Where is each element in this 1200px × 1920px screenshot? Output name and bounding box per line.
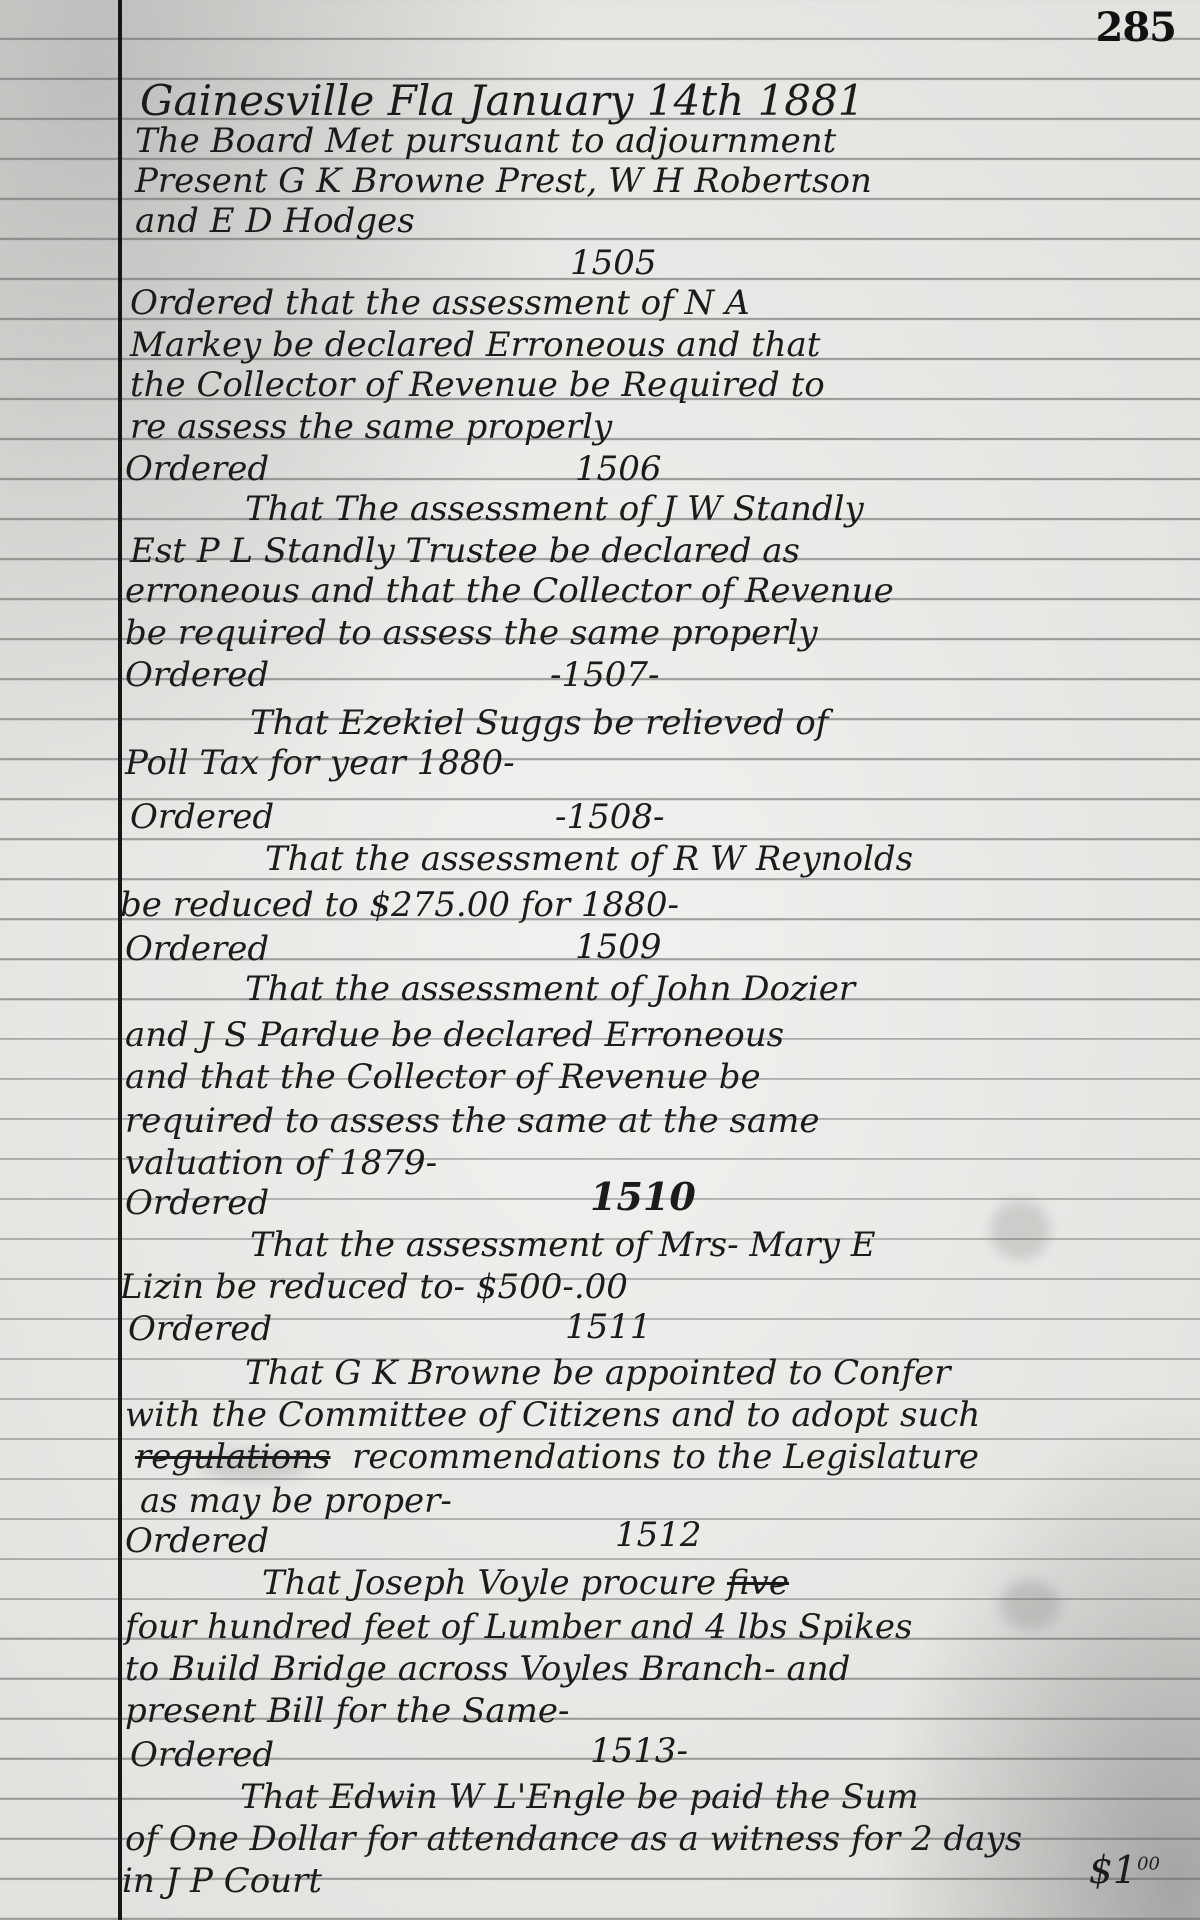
header-present-line: Present G K Browne Prest, W H Robertson (135, 164, 872, 198)
entry-line: That G K Browne be appointed to Confer (245, 1356, 951, 1390)
header-members-line: and E D Hodges (135, 204, 415, 238)
entry-number: 1510 (590, 1178, 696, 1216)
entry-line: That Joseph Voyle procure five (262, 1566, 789, 1600)
amount-cents: 00 (1137, 1853, 1160, 1874)
entry-line: regulations recommendations to the Legis… (135, 1440, 979, 1474)
amount-dollars: $1 (1089, 1848, 1137, 1892)
entry-line: That Ezekiel Suggs be relieved of (250, 706, 828, 740)
entry-line: Markey be declared Erroneous and that (130, 328, 820, 362)
ordered-label: Ordered (128, 1312, 272, 1346)
entry-line: and J S Pardue be declared Erroneous (125, 1018, 784, 1052)
entry-line: That The assessment of J W Standly (245, 492, 864, 526)
entry-line: in J P Court (122, 1864, 322, 1898)
entry-line: of One Dollar for attendance as a witnes… (125, 1822, 1022, 1856)
entry-line: That the assessment of Mrs- Mary E (250, 1228, 876, 1262)
ink-smudge (990, 1200, 1050, 1260)
entry-line-start: That Joseph Voyle procure (262, 1563, 727, 1603)
entry-number: 1505 (570, 246, 657, 280)
header-meeting-line: The Board Met pursuant to adjournment (135, 124, 836, 158)
entry-line: That the assessment of R W Reynolds (265, 842, 913, 876)
struck-word: five (727, 1563, 789, 1603)
entry-number: 1511 (565, 1310, 652, 1344)
entry-line: That Edwin W L'Engle be paid the Sum (240, 1780, 919, 1814)
entry-line: the Collector of Revenue be Required to (130, 368, 825, 402)
entry-line: as may be proper- (140, 1484, 452, 1518)
payment-amount: $100 (1089, 1848, 1160, 1892)
entry-number: 1506 (575, 452, 662, 486)
entry-number: -1508- (555, 800, 665, 834)
header-place-date: Gainesville Fla January 14th 1881 (140, 80, 864, 122)
entry-number: 1513- (590, 1734, 688, 1768)
ledger-page: 285 Gainesville Fla January 14th 1881 Th… (0, 0, 1200, 1920)
entry-line: with the Committee of Citizens and to ad… (125, 1398, 980, 1432)
entry-line: and that the Collector of Revenue be (125, 1060, 761, 1094)
entry-line: be reduced to $275.00 for 1880- (120, 888, 679, 922)
entry-line: Ordered that the assessment of N A (130, 286, 750, 320)
entry-line: present Bill for the Same- (125, 1694, 570, 1728)
ordered-label: Ordered (125, 1186, 269, 1220)
struck-word: regulations (135, 1437, 331, 1477)
entry-line: erroneous and that the Collector of Reve… (125, 574, 894, 608)
entry-line: Lizin be reduced to- $500-.00 (120, 1270, 628, 1304)
entry-line: That the assessment of John Dozier (245, 972, 855, 1006)
ordered-label: Ordered (130, 800, 274, 834)
ordered-label: Ordered (125, 932, 269, 966)
ordered-label: Ordered (125, 452, 269, 486)
page-number: 285 (1096, 4, 1177, 51)
entry-line: Est P L Standly Trustee be declared as (130, 534, 800, 568)
entry-line: to Build Bridge across Voyles Branch- an… (125, 1652, 850, 1686)
entry-line-rest: recommendations to the Legislature (341, 1437, 979, 1477)
ordered-label: Ordered (125, 1524, 269, 1558)
entry-line: re assess the same properly (130, 410, 612, 444)
entry-line: Poll Tax for year 1880- (125, 746, 515, 780)
entry-line: valuation of 1879- (125, 1146, 437, 1180)
entry-line: required to assess the same at the same (125, 1104, 819, 1138)
entry-number: 1509 (575, 930, 662, 964)
entry-line: be required to assess the same properly (125, 616, 818, 650)
entry-number: 1512 (615, 1518, 702, 1552)
entry-number: -1507- (550, 658, 660, 692)
margin-rule (118, 0, 122, 1920)
ink-smudge (1000, 1580, 1060, 1630)
entry-line: four hundred feet of Lumber and 4 lbs Sp… (125, 1610, 912, 1644)
ordered-label: Ordered (130, 1738, 274, 1772)
ordered-label: Ordered (125, 658, 269, 692)
